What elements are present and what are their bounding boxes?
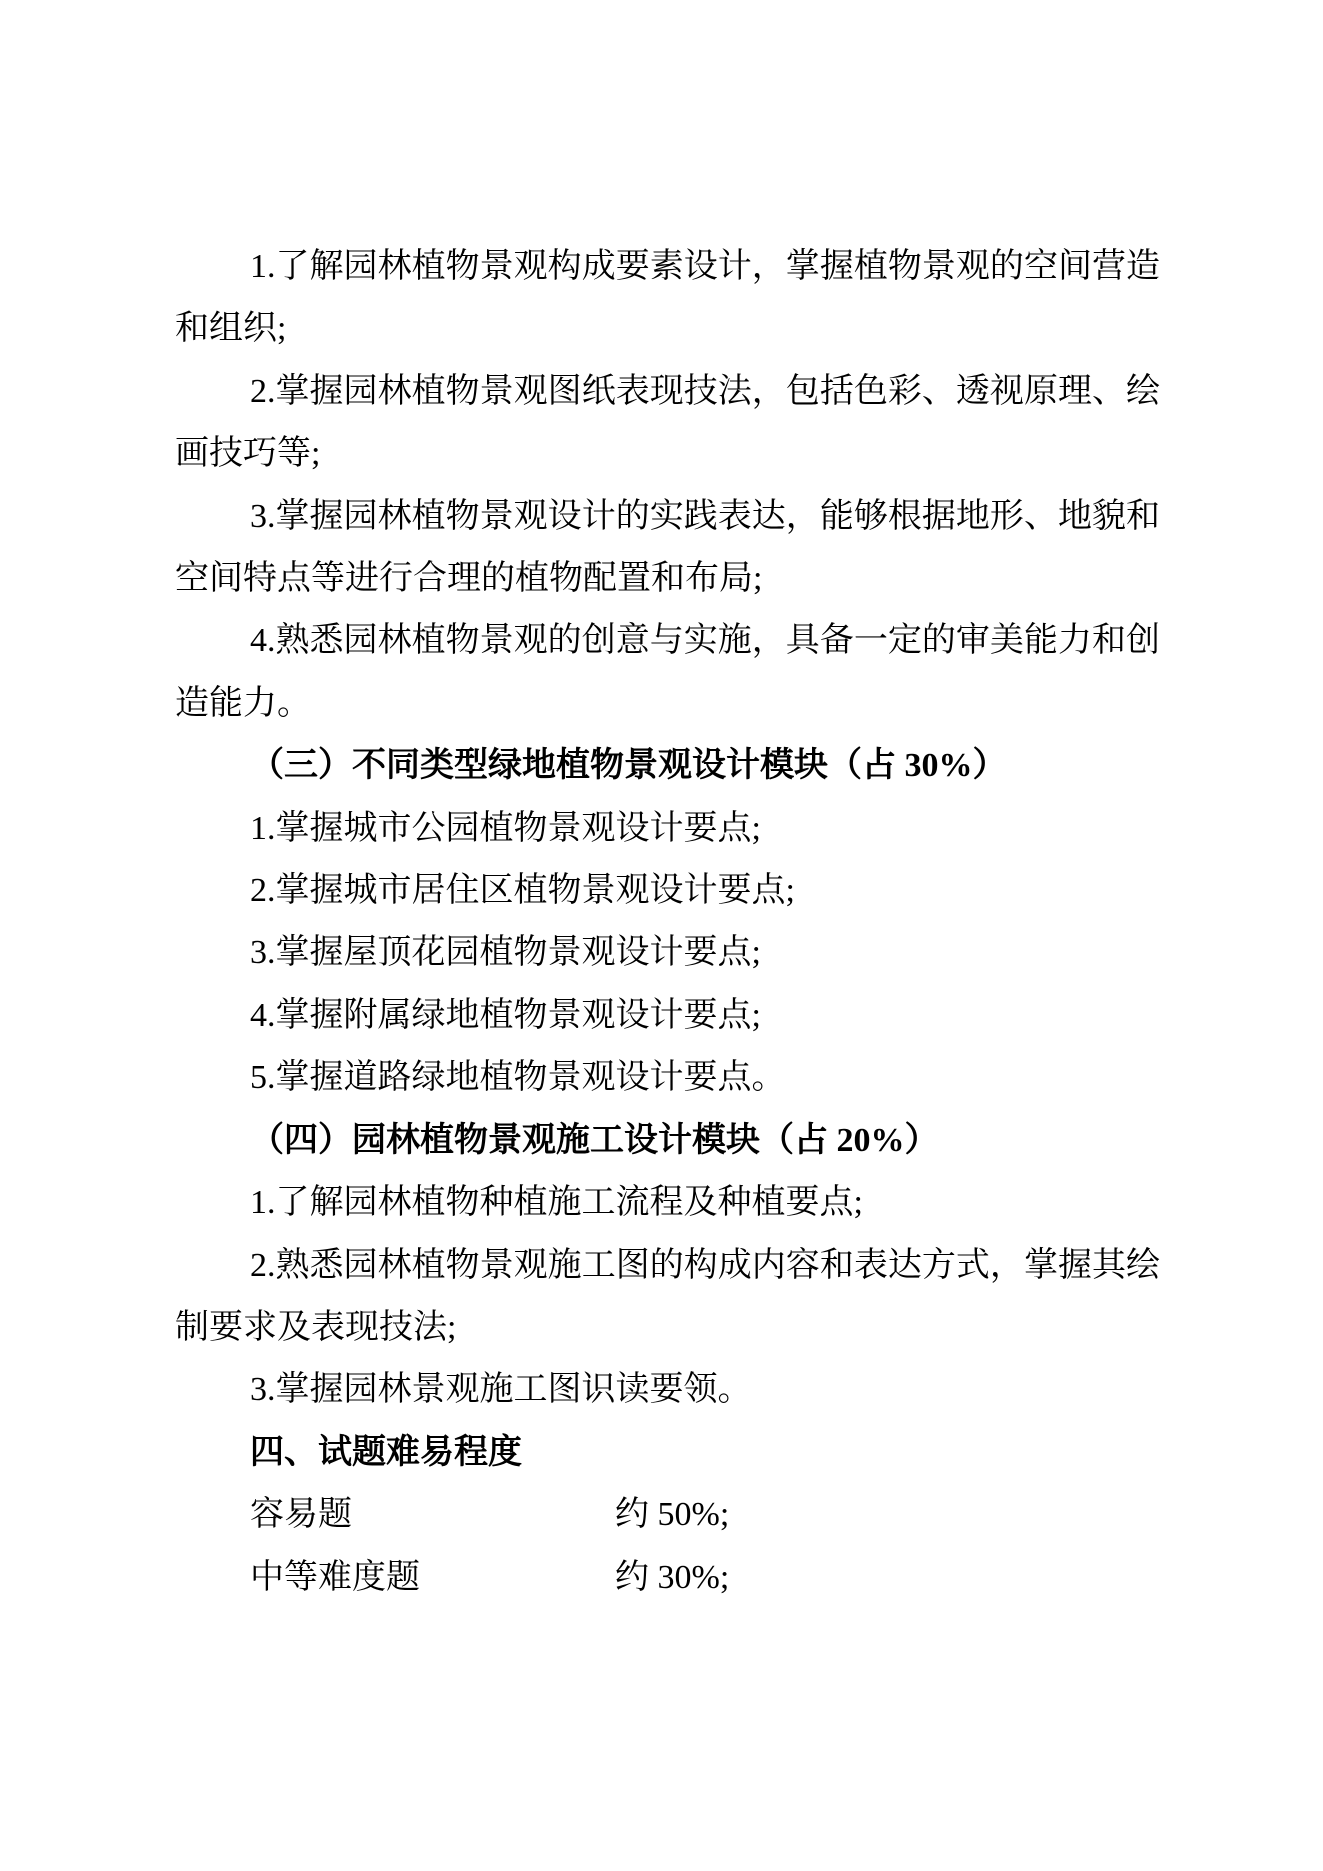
document-page: 1.了解园林植物景观构成要素设计，掌握植物景观的空间营造和组织;2.掌握园林植物…: [0, 0, 1323, 1871]
difficulty-value: 约 50%;: [615, 1484, 729, 1546]
section-heading: （三）不同类型绿地植物景观设计模块（占 30%）: [175, 735, 1160, 797]
body-paragraph: 2.掌握园林植物景观图纸表现技法，包括色彩、透视原理、绘画技巧等;: [175, 361, 1160, 486]
body-paragraph: 1.了解园林植物种植施工流程及种植要点;: [175, 1172, 1160, 1234]
difficulty-label: 中等难度题: [250, 1547, 615, 1609]
body-paragraph: 1.了解园林植物景观构成要素设计，掌握植物景观的空间营造和组织;: [175, 236, 1160, 361]
document-content: 1.了解园林植物景观构成要素设计，掌握植物景观的空间营造和组织;2.掌握园林植物…: [175, 236, 1160, 1609]
difficulty-row: 中等难度题约 30%;: [175, 1547, 1160, 1609]
difficulty-row: 容易题约 50%;: [175, 1484, 1160, 1546]
body-paragraph: 3.掌握园林景观施工图识读要领。: [175, 1359, 1160, 1421]
body-paragraph: 3.掌握屋顶花园植物景观设计要点;: [175, 922, 1160, 984]
body-paragraph: 2.掌握城市居住区植物景观设计要点;: [175, 860, 1160, 922]
section-heading: 四、试题难易程度: [175, 1422, 1160, 1484]
body-paragraph: 5.掌握道路绿地植物景观设计要点。: [175, 1047, 1160, 1109]
body-paragraph: 4.掌握附属绿地植物景观设计要点;: [175, 985, 1160, 1047]
difficulty-label: 容易题: [250, 1484, 615, 1546]
body-paragraph: 4.熟悉园林植物景观的创意与实施，具备一定的审美能力和创造能力。: [175, 610, 1160, 735]
body-paragraph: 2.熟悉园林植物景观施工图的构成内容和表达方式，掌握其绘制要求及表现技法;: [175, 1235, 1160, 1360]
body-paragraph: 3.掌握园林植物景观设计的实践表达，能够根据地形、地貌和空间特点等进行合理的植物…: [175, 486, 1160, 611]
section-heading: （四）园林植物景观施工设计模块（占 20%）: [175, 1110, 1160, 1172]
body-paragraph: 1.掌握城市公园植物景观设计要点;: [175, 798, 1160, 860]
difficulty-value: 约 30%;: [615, 1547, 729, 1609]
